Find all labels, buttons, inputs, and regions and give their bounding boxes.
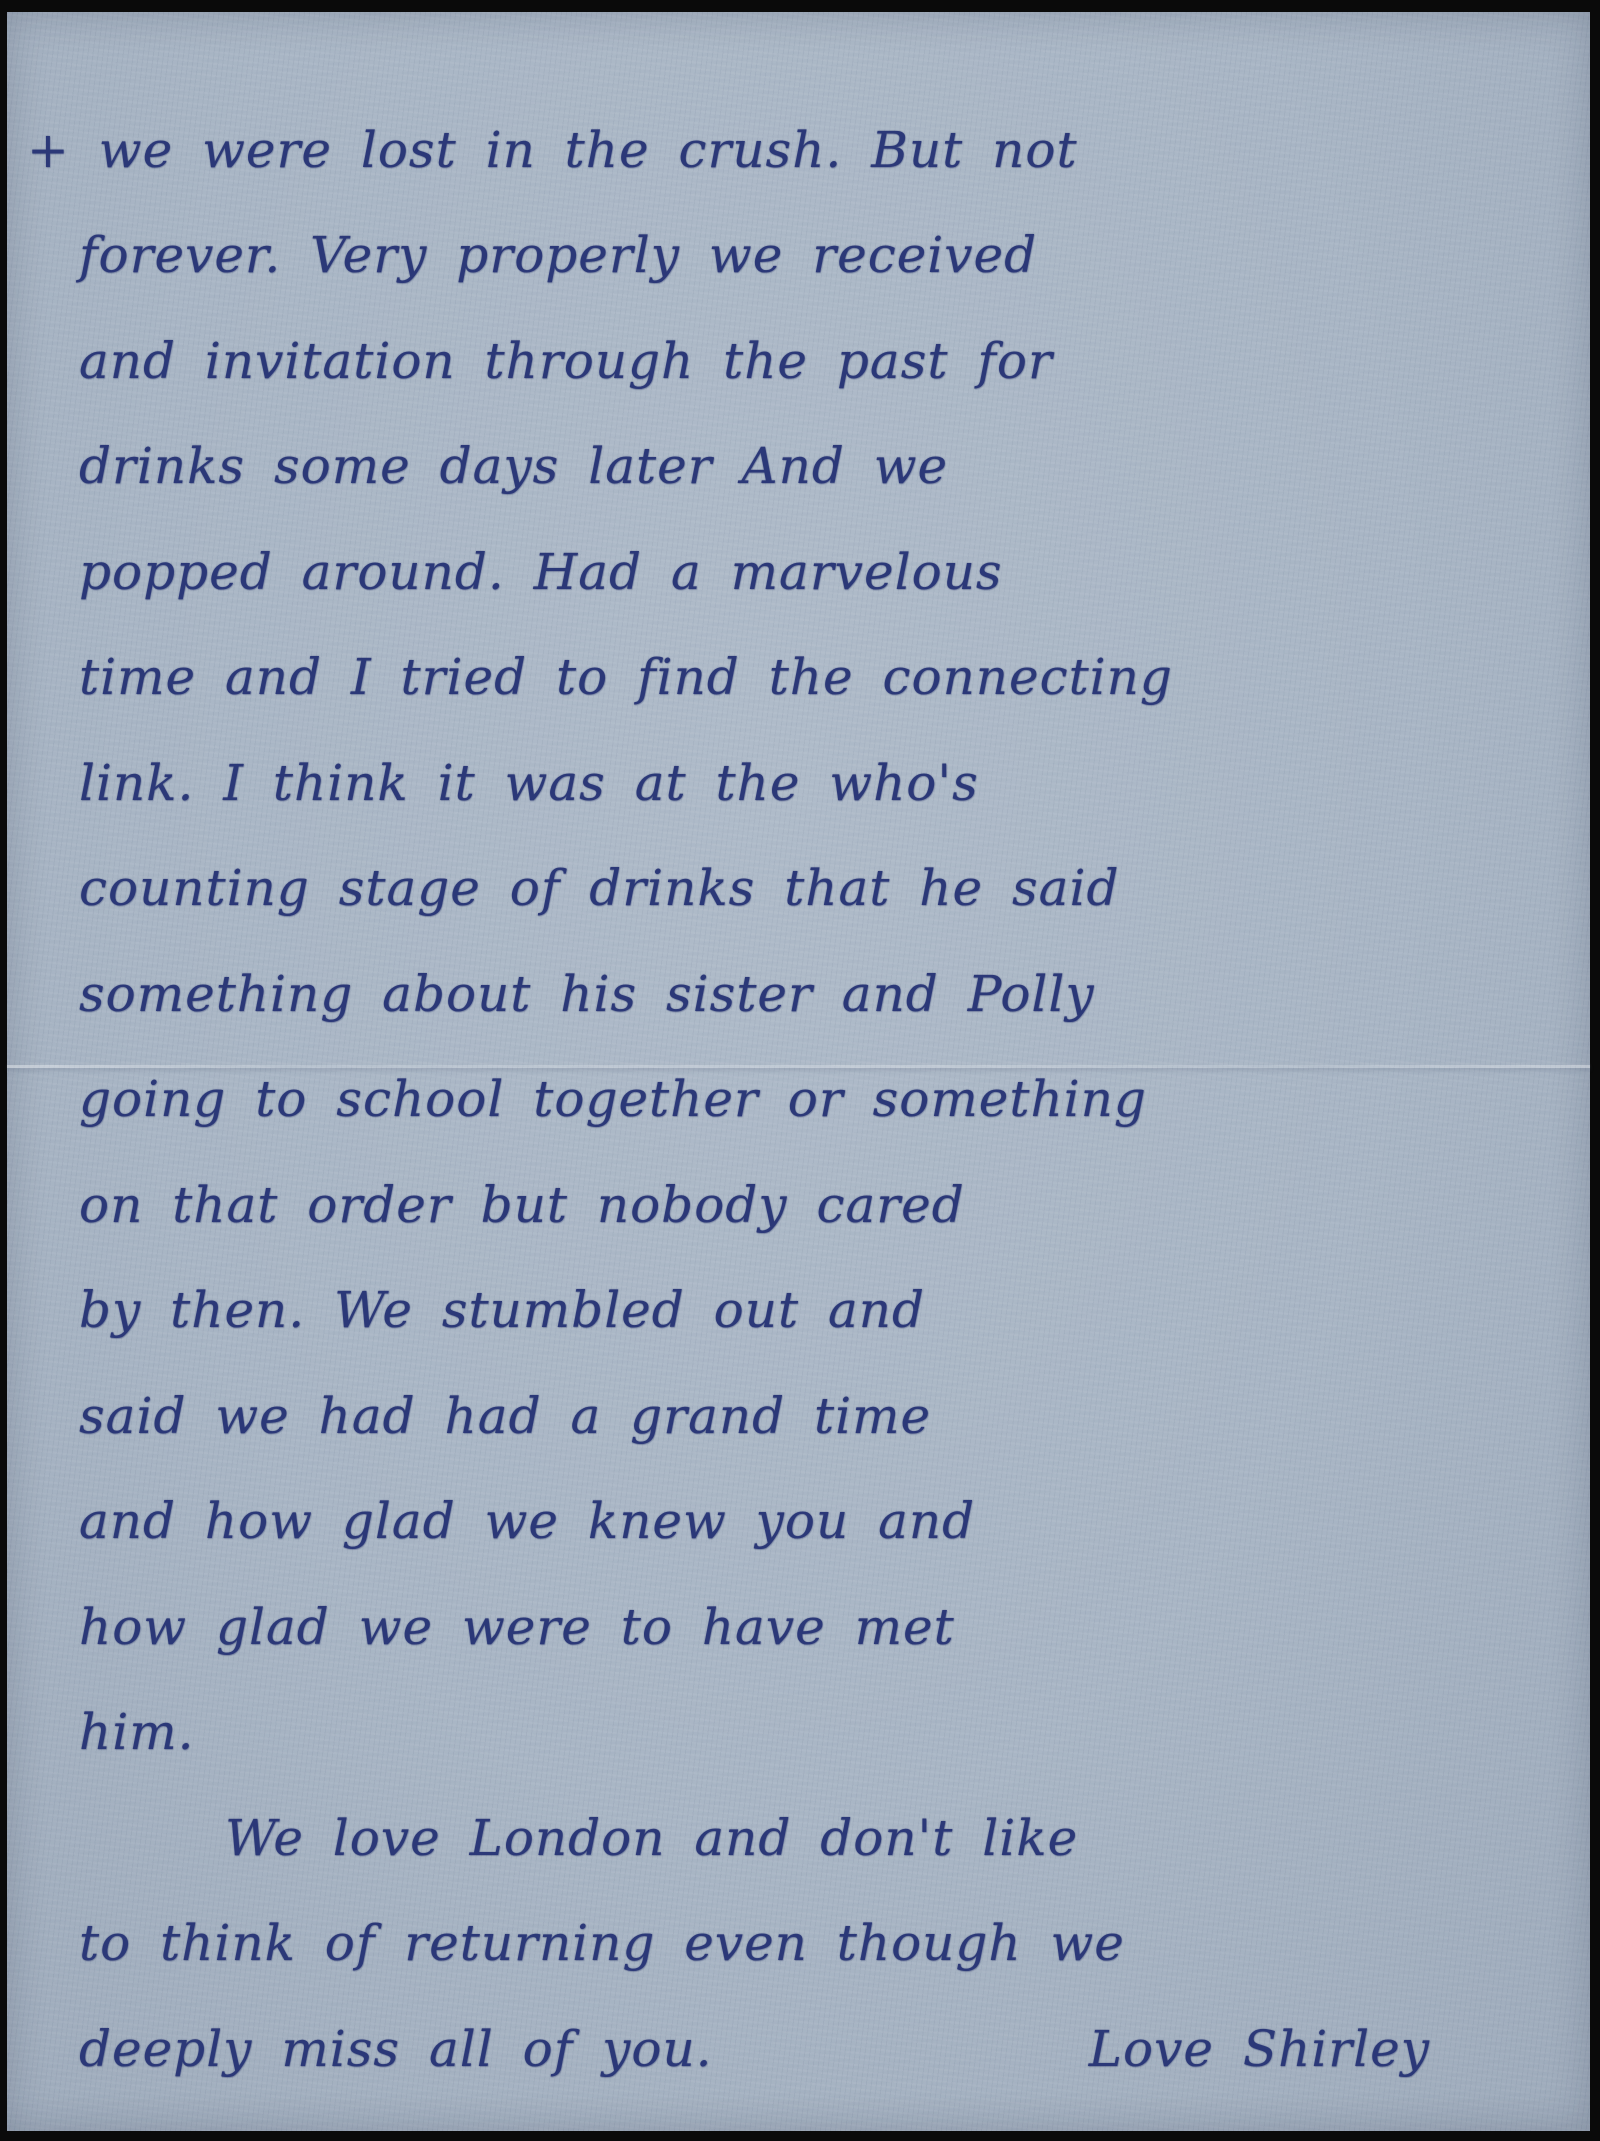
line-text: said we had had a grand time: [79, 1387, 931, 1445]
line-text: forever. Very properly we received: [79, 226, 1037, 284]
letter-paper: + we were lost in the crush. But not for…: [7, 12, 1590, 2131]
line-text: him.: [79, 1703, 195, 1761]
handwritten-line: We love London and don't like: [7, 1785, 1590, 1891]
scanned-letter-page: { "document_type": "handwritten-letter",…: [0, 0, 1600, 2141]
line-text: and how glad we knew you and: [79, 1492, 975, 1550]
handwritten-line: him.: [7, 1680, 1590, 1786]
line-text: link. I think it was at the who's: [79, 754, 979, 812]
handwritten-line: something about his sister and Polly: [7, 941, 1590, 1047]
line-text: We love London and don't like: [225, 1809, 1078, 1867]
handwritten-line: counting stage of drinks that he said: [7, 836, 1590, 942]
line-text: deeply miss all of you.: [79, 2020, 713, 2078]
handwritten-line: going to school together or something: [7, 1047, 1590, 1153]
handwritten-line: + we were lost in the crush. But not: [7, 97, 1590, 203]
handwritten-line: on that order but nobody cared: [7, 1152, 1590, 1258]
handwritten-line: time and I tried to find the connecting: [7, 625, 1590, 731]
letter-body: + we were lost in the crush. But not for…: [7, 97, 1590, 2102]
line-text: popped around. Had a marvelous: [79, 543, 1003, 601]
line-text: how glad we were to have met: [79, 1598, 955, 1656]
handwritten-line: how glad we were to have met: [7, 1574, 1590, 1680]
handwritten-line: and invitation through the past for: [7, 308, 1590, 414]
line-text: time and I tried to find the connecting: [79, 648, 1173, 706]
handwritten-line: to think of returning even though we: [7, 1891, 1590, 1997]
line-text: by then. We stumbled out and: [79, 1281, 925, 1339]
handwritten-line: popped around. Had a marvelous: [7, 519, 1590, 625]
handwritten-line: by then. We stumbled out and: [7, 1258, 1590, 1364]
line-text: and invitation through the past for: [79, 332, 1053, 390]
signature-text: Love Shirley: [1089, 2020, 1430, 2078]
handwritten-line: said we had had a grand time: [7, 1363, 1590, 1469]
line-text: something about his sister and Polly: [79, 965, 1095, 1023]
line-text: on that order but nobody cared: [79, 1176, 965, 1234]
handwritten-line: drinks some days later And we: [7, 414, 1590, 520]
handwritten-line: link. I think it was at the who's: [7, 730, 1590, 836]
line-text: drinks some days later And we: [79, 437, 948, 495]
line-text: + we were lost in the crush. But not: [27, 121, 1078, 179]
line-text: counting stage of drinks that he said: [79, 859, 1119, 917]
handwritten-line: deeply miss all of you. Love Shirley: [7, 1996, 1590, 2102]
line-text: to think of returning even though we: [79, 1914, 1125, 1972]
handwritten-line: forever. Very properly we received: [7, 203, 1590, 309]
handwritten-line: and how glad we knew you and: [7, 1469, 1590, 1575]
line-text: going to school together or something: [79, 1070, 1147, 1128]
